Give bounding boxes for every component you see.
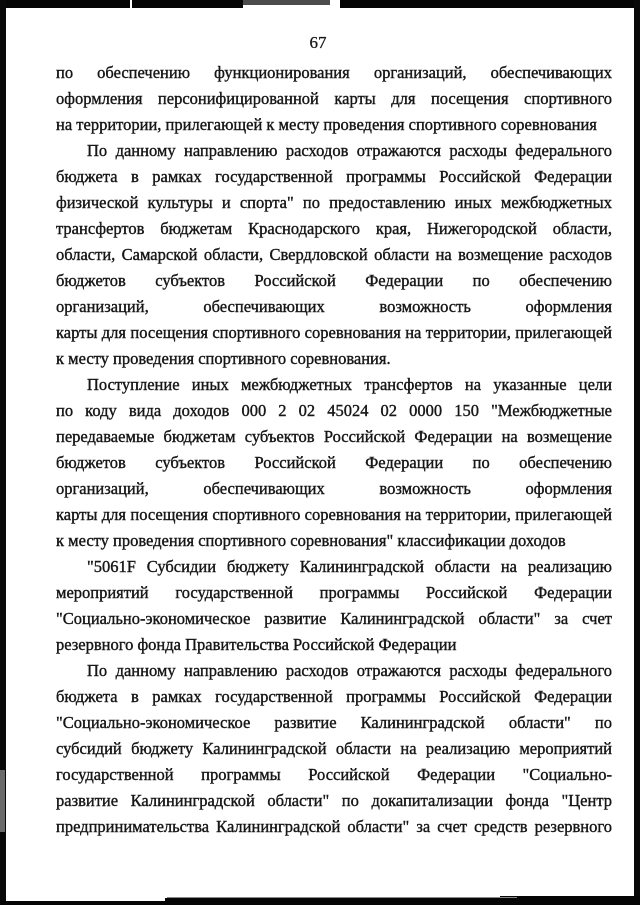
text-line: к месту проведения спортивного соревнова… xyxy=(56,528,612,554)
text-line: бюджета в рамках государственной програм… xyxy=(56,684,612,710)
scan-edge-gap xyxy=(243,5,340,8)
page-number: 67 xyxy=(0,33,636,53)
scanned-document-page: 67 по обеспечению функционирования орган… xyxy=(0,0,640,905)
text-line: организаций, обеспечивающих возможность … xyxy=(56,294,612,320)
text-line: "Социально-экономическое развитие Калини… xyxy=(56,606,612,632)
text-line: физической культуры и спорта" по предост… xyxy=(56,190,612,216)
scan-edge-left-faded xyxy=(0,770,5,832)
text-line: государственной программы Российской Фед… xyxy=(56,762,612,788)
text-line: По данному направлению расходов отражают… xyxy=(56,138,612,164)
text-line: к месту проведения спортивного соревнова… xyxy=(56,346,612,372)
text-line: Поступление иных межбюджетных трансферто… xyxy=(56,372,612,398)
text-line: области, Самарской области, Свердловской… xyxy=(56,242,612,268)
text-line: "5061F Субсидии бюджету Калининградской … xyxy=(56,554,612,580)
text-line: на территории, прилегающей к месту прове… xyxy=(56,112,612,138)
text-line: по коду вида доходов 000 2 02 45024 02 0… xyxy=(56,398,612,424)
scan-edge-gap xyxy=(130,0,132,8)
text-line: бюджетов субъектов Российской Федерации … xyxy=(56,450,612,476)
text-line: предпринимательства Калининградской обла… xyxy=(56,814,612,840)
text-line: трансфертов бюджетам Краснодарского края… xyxy=(56,216,612,242)
text-line: организаций, обеспечивающих возможность … xyxy=(56,476,612,502)
text-line: бюджета в рамках государственной програм… xyxy=(56,164,612,190)
text-line: по обеспечению функционирования организа… xyxy=(56,60,612,86)
scan-edge-bottom-line xyxy=(167,897,517,898)
text-line: карты для посещения спортивного соревнов… xyxy=(56,320,612,346)
text-line: резервного фонда Правительства Российско… xyxy=(56,632,612,658)
scan-edge-bottom xyxy=(500,896,640,905)
text-line: субсидий бюджету Калининградской области… xyxy=(56,736,612,762)
text-line: мероприятий государственной программы Ро… xyxy=(56,580,612,606)
text-line: По данному направлению расходов отражают… xyxy=(56,658,612,684)
text-line: передаваемые бюджетам субъектов Российск… xyxy=(56,424,612,450)
text-line: бюджетов субъектов Российской Федерации … xyxy=(56,268,612,294)
text-line: оформления персонифицированной карты для… xyxy=(56,86,612,112)
document-text-block: по обеспечению функционирования организа… xyxy=(56,60,612,840)
text-line: развитие Калининградской области" по док… xyxy=(56,788,612,814)
scan-edge-right xyxy=(634,0,640,905)
text-line: карты для посещения спортивного соревнов… xyxy=(56,502,612,528)
text-line: "Социально-экономическое развитие Калини… xyxy=(56,710,612,736)
